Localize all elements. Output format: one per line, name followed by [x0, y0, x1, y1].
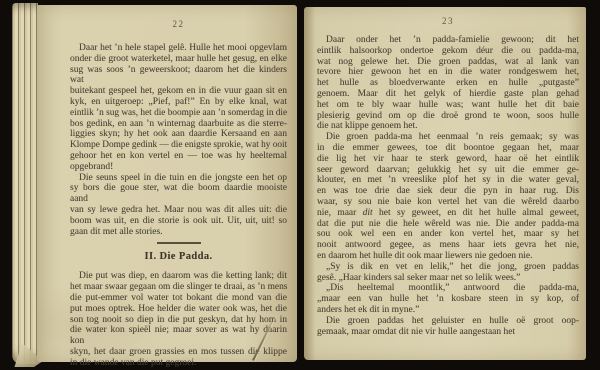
text-line: gaan dit met alle stories.	[70, 227, 287, 238]
text-line: en was toe drie dae siek deur die pyn in…	[317, 186, 579, 197]
page-blocks: Daar onder het ’n padda-famielie gewoon;…	[317, 35, 579, 337]
text-line: die nat klippe genoem het.	[317, 121, 579, 132]
text-line: van sy lewe gedra het. Maar nou was dit …	[70, 205, 287, 216]
page-number: 22	[70, 19, 287, 30]
text-line: buitekant gespeel het, gekom en in die v…	[70, 86, 287, 97]
text-line: onder die groot waterketel, maar hulle h…	[70, 54, 287, 65]
paragraph: Daar het ’n hele stapel gelê. Hulle het …	[70, 43, 287, 173]
text-line: nooit antwoord gegee, as mens haar iets …	[317, 240, 579, 251]
text-line: liggies skyn; hy het ook aan daardie Ker…	[70, 129, 287, 140]
text-line: eintlik halsoorkop ondertoe gekom déur d…	[317, 46, 579, 57]
text-line: sou ook wel een en ander kon vertel het,…	[317, 229, 579, 240]
page-edges	[12, 3, 38, 364]
text-line: gehoor het en kon vertel en — toe was hy…	[70, 151, 287, 162]
paragraph: „Dis heeltemal moontlik,” antwoord die p…	[317, 283, 579, 315]
text-line: anders het ek dit in myne.”	[317, 305, 579, 316]
text-line: plesierig gevind om op die droë grond te…	[317, 111, 579, 122]
section-heading: II. Die Padda.	[70, 251, 287, 263]
text-line: Klompe Dompe gedink — die enigste sproki…	[70, 140, 282, 151]
text-line: wat nog gelewe het. Die groen paddas, wa…	[317, 57, 579, 68]
text-line: Daar het ’n hele stapel gelê. Hulle het …	[70, 43, 287, 54]
text-line: bos gedink, en aan ’n winternag daarbuit…	[70, 119, 287, 130]
text-line: Die put was diep, en daarom was die kett…	[70, 271, 287, 282]
text-line: sy bors die goue ster, wat die boom daar…	[70, 183, 287, 205]
text-line: Die groen padda-ma het eenmaal ’n reis g…	[317, 132, 579, 143]
paragraph: Die groen padda-ma het eenmaal ’n reis g…	[317, 132, 579, 262]
text-line: het maar swaar gegaan om die slinger te …	[70, 282, 285, 293]
text-line: het om te bly waar hulle was; want hulle…	[317, 100, 579, 111]
text-line: Die seuns speel in die tuin en die jongs…	[70, 173, 287, 184]
text-line: in die emmer gewees, toe dit boontoe geg…	[317, 143, 579, 154]
text-line: eintlik ’n sug was, het die boompie aan …	[70, 108, 282, 119]
text-line: „Dis heeltemal moontlik,” antwoord die p…	[317, 283, 579, 294]
text-line: gesê. „Haar kinders sal seker maar net s…	[317, 273, 579, 284]
text-line: „maar een van hulle het ’n kosbare steen…	[317, 294, 579, 305]
text-line: Die groen paddas het geluister en hulle …	[317, 316, 579, 327]
text-line: son tog nooit so diep in die put geskyn,…	[70, 315, 287, 326]
text-line: dat die put nie die hele wêreld was nie.…	[317, 219, 579, 230]
text-line: klouter, en met ’n vreeslike plof het sy…	[317, 175, 579, 186]
text-line: kyk, en uitgeroep: „Pief, paf!” En by el…	[70, 97, 287, 108]
page-number: 23	[317, 16, 579, 27]
text-line: het hulle as bloedverwante erken en hull…	[317, 78, 579, 89]
text-line: Daar onder het ’n padda-famielie gewoon;…	[317, 35, 579, 46]
paragraph: „Sy is dik en vet en lelik,” het die jon…	[317, 262, 579, 284]
text-line: en daarom het hulle dit ook maar liewers…	[317, 251, 579, 262]
book-photo: 22 Daar het ’n hele stapel gelê. Hulle h…	[0, 0, 600, 370]
paragraph: Die groen paddas het geluister en hulle …	[317, 316, 579, 338]
text-line: opgebrand!	[70, 162, 287, 173]
text-line: put moes optrek. Hoe helder die water oo…	[70, 304, 287, 315]
text-line: die put-emmer vol water tot bokant die m…	[70, 293, 287, 304]
book-page-left: 22 Daar het ’n hele stapel gelê. Hulle h…	[37, 5, 297, 362]
text-line: „Sy is dik en vet en lelik,” het die jon…	[317, 262, 579, 273]
text-line: boom was uit, en die storie is ook uit. …	[70, 216, 287, 227]
text-line: nie, maar dit het sy geweet, en dit het …	[317, 208, 579, 219]
paragraph: Die seuns speel in die tuin en die jongs…	[70, 173, 287, 238]
text-line: waar, sy sou nie baie kon vertel het van…	[317, 197, 579, 208]
text-line: sug was soos ’n geweerskoot; daarom het …	[70, 65, 287, 87]
section-divider	[157, 242, 201, 244]
text-line: die lig het vir haar te sterk geword, ha…	[317, 154, 579, 165]
text-line: gemaak, maar omdat dit nie vir hulle aan…	[317, 327, 579, 338]
text-line: seer geword daarvan; gelukkig het sy uit…	[317, 165, 579, 176]
text-line: genoem. Maar dit het gelyk of hierdie ga…	[317, 89, 579, 100]
page-blocks: Daar het ’n hele stapel gelê. Hulle het …	[70, 43, 287, 369]
text-line: die water kon spieël nie; maar sover as …	[70, 325, 287, 347]
book-page-right: 23 Daar onder het ’n padda-famielie gewo…	[304, 7, 586, 360]
text-line: tevore hier gewoon het en in die water r…	[317, 67, 579, 78]
paragraph: Daar onder het ’n padda-famielie gewoon;…	[317, 35, 579, 132]
